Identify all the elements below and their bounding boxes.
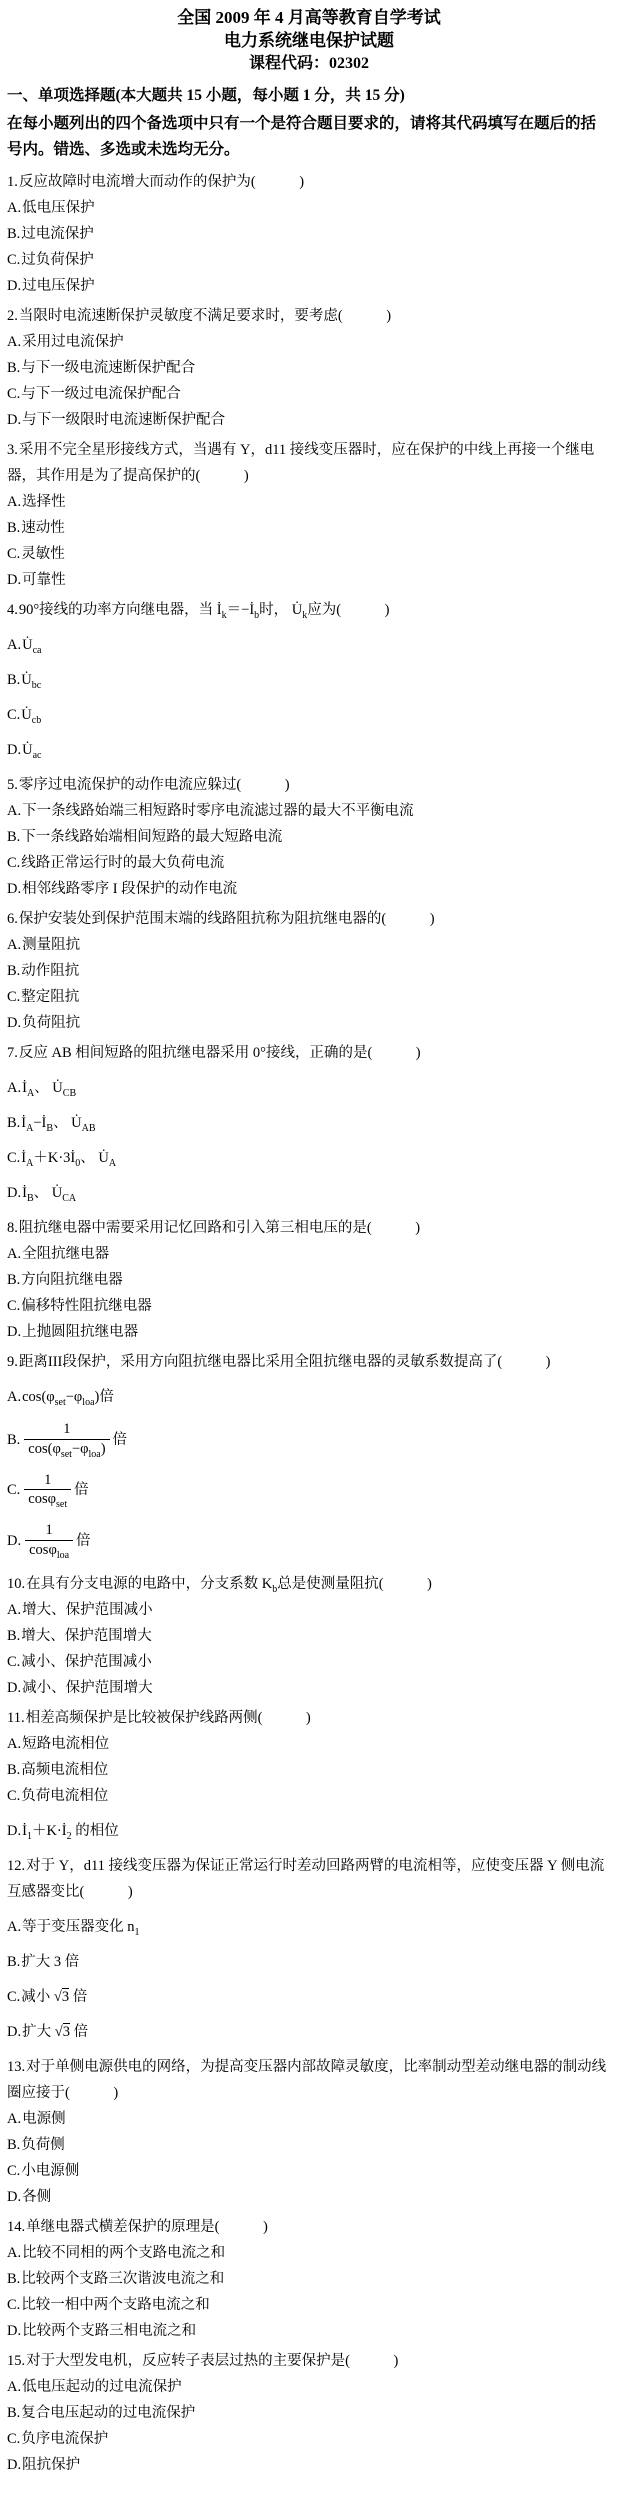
question-number: 14.	[7, 2219, 26, 2235]
option-text: 1cosφset倍	[21, 1482, 88, 1498]
option-label: B.	[7, 672, 21, 688]
exam-header: 全国 2009 年 4 月高等教育自学考试 电力系统继电保护试题 课程代码：02…	[7, 6, 611, 75]
option-label: B.	[7, 1628, 21, 1644]
question-number: 7.	[7, 1045, 19, 1061]
option-label: D.	[7, 412, 22, 428]
option-row: B.扩大 3 倍	[7, 1949, 611, 1975]
option-row: B.1cos(φset−φloa)倍	[7, 1419, 611, 1462]
option-row: C.负序电流保护	[7, 2426, 611, 2452]
option-label: A.	[7, 2379, 22, 2395]
option-text: 比较不同相的两个支路电流之和	[22, 2245, 225, 2261]
option-row: A.İA、 U̇CB	[7, 1075, 611, 1101]
option-label: C.	[7, 989, 21, 1005]
question-stem: 14.单继电器式横差保护的原理是( )	[7, 2214, 611, 2240]
question-8: 8.阻抗继电器中需要采用记忆回路和引入第三相电压的是( )A.全阻抗继电器B.方…	[7, 1215, 611, 1345]
option-row: A.U̇ca	[7, 632, 611, 658]
option-label: D.	[7, 278, 22, 294]
question-stem: 3.采用不完全星形接线方式，当遇有 Y，d11 接线变压器时，应在保护的中线上再…	[7, 437, 611, 489]
question-9: 9.距离III段保护，采用方向阻抗继电器比采用全阻抗继电器的灵敏系数提高了( )…	[7, 1349, 611, 1563]
option-text: 减小 √3 倍	[21, 1988, 87, 2005]
option-text: 可靠性	[22, 572, 66, 588]
option-row: D.可靠性	[7, 567, 611, 593]
question-number: 11.	[7, 1710, 26, 1726]
option-label: D.	[7, 572, 22, 588]
option-text: 扩大 √3 倍	[22, 2023, 88, 2040]
option-label: C.	[7, 2431, 21, 2447]
question-text: 阻抗继电器中需要采用记忆回路和引入第三相电压的是( )	[19, 1220, 420, 1236]
question-stem: 5.零序过电流保护的动作电流应躲过( )	[7, 772, 611, 798]
option-text: 增大、保护范围减小	[22, 1602, 153, 1618]
option-label: C.	[7, 2297, 21, 2313]
option-label: D.	[7, 2323, 22, 2339]
option-row: A.电源侧	[7, 2106, 611, 2132]
question-text: 单继电器式横差保护的原理是( )	[26, 2219, 268, 2235]
option-text: 采用过电流保护	[22, 334, 124, 350]
option-row: D.减小、保护范围增大	[7, 1675, 611, 1701]
option-text: 短路电流相位	[22, 1736, 109, 1752]
option-label: C.	[7, 855, 21, 871]
section-instructions: 在每小题列出的四个备选项中只有一个是符合题目要求的，请将其代码填写在题后的括号内…	[7, 111, 611, 163]
option-text: 过负荷保护	[21, 252, 94, 268]
option-row: C.U̇cb	[7, 702, 611, 728]
option-row: C.小电源侧	[7, 2158, 611, 2184]
option-label: A.	[7, 1602, 22, 1618]
option-text: 下一条线路始端相间短路的最大短路电流	[21, 829, 282, 845]
option-text: 复合电压起动的过电流保护	[21, 2405, 195, 2421]
question-text: 在具有分支电源的电路中，分支系数 Kb总是使测量阻抗( )	[26, 1576, 432, 1592]
option-label: A.	[7, 200, 22, 216]
question-stem: 12.对于 Y，d11 接线变压器为保证正常运行时差动回路两臂的电流相等，应使变…	[7, 1853, 611, 1905]
option-row: D.各侧	[7, 2184, 611, 2210]
option-text: 增大、保护范围增大	[21, 1628, 152, 1644]
option-label: D.	[7, 881, 22, 897]
option-row: A.低电压保护	[7, 195, 611, 221]
question-12: 12.对于 Y，d11 接线变压器为保证正常运行时差动回路两臂的电流相等，应使变…	[7, 1853, 611, 2045]
option-row: A.短路电流相位	[7, 1731, 611, 1757]
option-text: U̇ac	[22, 742, 41, 758]
question-10: 10.在具有分支电源的电路中，分支系数 Kb总是使测量阻抗( )A.增大、保护范…	[7, 1571, 611, 1701]
question-text: 反应故障时电流增大而动作的保护为( )	[19, 174, 304, 190]
option-text: 与下一级电流速断保护配合	[21, 360, 195, 376]
option-row: B.比较两个支路三次谐波电流之和	[7, 2266, 611, 2292]
question-text: 当限时电流速断保护灵敏度不满足要求时，要考虑( )	[19, 308, 391, 324]
option-row: D.阻抗保护	[7, 2452, 611, 2478]
question-text: 对于单侧电源供电的网络，为提高变压器内部故障灵敏度，比率制动型差动继电器的制动线…	[7, 2059, 606, 2101]
option-label: A.	[7, 803, 22, 819]
option-label: B.	[7, 1115, 21, 1131]
question-text: 对于 Y，d11 接线变压器为保证正常运行时差动回路两臂的电流相等，应使变压器 …	[7, 1858, 604, 1900]
option-text: 整定阻抗	[21, 989, 79, 1005]
option-label: B.	[7, 2137, 21, 2153]
option-label: B.	[7, 1272, 21, 1288]
option-label: B.	[7, 2271, 21, 2287]
option-text: İA−İB、 U̇AB	[21, 1115, 95, 1131]
option-row: C.1cosφset倍	[7, 1470, 611, 1513]
question-15: 15.对于大型发电机，反应转子表层过热的主要保护是( )A.低电压起动的过电流保…	[7, 2348, 611, 2478]
question-text: 零序过电流保护的动作电流应躲过( )	[19, 777, 290, 793]
question-14: 14.单继电器式横差保护的原理是( )A.比较不同相的两个支路电流之和B.比较两…	[7, 2214, 611, 2344]
option-label: A.	[7, 494, 22, 510]
option-text: 灵敏性	[21, 546, 65, 562]
option-text: 与下一级限时电流速断保护配合	[22, 412, 225, 428]
option-row: C.İA＋K·3İ0、 U̇A	[7, 1145, 611, 1171]
question-2: 2.当限时电流速断保护灵敏度不满足要求时，要考虑( )A.采用过电流保护B.与下…	[7, 303, 611, 433]
option-label: A.	[7, 1080, 22, 1096]
option-text: 与下一级过电流保护配合	[21, 386, 181, 402]
option-label: B.	[7, 963, 21, 979]
option-label: B.	[7, 1954, 21, 1970]
option-row: D.比较两个支路三相电流之和	[7, 2318, 611, 2344]
option-text: İA＋K·3İ0、 U̇A	[21, 1150, 116, 1166]
option-row: C.比较一相中两个支路电流之和	[7, 2292, 611, 2318]
question-stem: 4.90°接线的功率方向继电器，当 İk＝−İb时， U̇k应为( )	[7, 597, 611, 623]
question-number: 2.	[7, 308, 19, 324]
option-label: C.	[7, 707, 21, 723]
option-label: A.	[7, 637, 22, 653]
option-row: B.İA−İB、 U̇AB	[7, 1110, 611, 1136]
option-row: A.等于变压器变化 n1	[7, 1914, 611, 1940]
option-label: D.	[7, 1324, 22, 1340]
option-label: D.	[7, 1533, 22, 1549]
option-label: A.	[7, 937, 22, 953]
fraction: 1cosφset	[24, 1472, 71, 1511]
option-text: 比较两个支路三相电流之和	[22, 2323, 196, 2339]
option-row: D.相邻线路零序 I 段保护的动作电流	[7, 876, 611, 902]
option-label: C.	[7, 1788, 21, 1804]
option-text: 低电压保护	[22, 200, 95, 216]
option-label: C.	[7, 1654, 21, 1670]
option-text: 减小、保护范围减小	[21, 1654, 152, 1670]
option-row: D.U̇ac	[7, 737, 611, 763]
option-row: C.与下一级过电流保护配合	[7, 381, 611, 407]
question-stem: 2.当限时电流速断保护灵敏度不满足要求时，要考虑( )	[7, 303, 611, 329]
option-text: cos(φset−φloa)倍	[22, 1389, 114, 1405]
question-stem: 15.对于大型发电机，反应转子表层过热的主要保护是( )	[7, 2348, 611, 2374]
option-row: B.与下一级电流速断保护配合	[7, 355, 611, 381]
question-stem: 6.保护安装处到保护范围末端的线路阻抗称为阻抗继电器的( )	[7, 906, 611, 932]
option-row: D.İ1＋K·İ2 的相位	[7, 1818, 611, 1844]
option-label: C.	[7, 546, 21, 562]
option-label: B.	[7, 520, 21, 536]
option-row: C.减小、保护范围减小	[7, 1649, 611, 1675]
option-text: U̇bc	[21, 672, 41, 688]
option-label: A.	[7, 2245, 22, 2261]
option-label: C.	[7, 1989, 21, 2005]
question-6: 6.保护安装处到保护范围末端的线路阻抗称为阻抗继电器的( )A.测量阻抗B.动作…	[7, 906, 611, 1036]
question-text: 距离III段保护，采用方向阻抗继电器比采用全阻抗继电器的灵敏系数提高了( )	[19, 1354, 551, 1370]
option-label: D.	[7, 1015, 22, 1031]
option-row: A.cos(φset−φloa)倍	[7, 1384, 611, 1410]
option-text: 高频电流相位	[21, 1762, 108, 1778]
option-label: B.	[7, 1432, 21, 1448]
option-text: 相邻线路零序 I 段保护的动作电流	[22, 881, 237, 897]
question-list: 1.反应故障时电流增大而动作的保护为( )A.低电压保护B.过电流保护C.过负荷…	[7, 169, 611, 2478]
option-row: A.测量阻抗	[7, 932, 611, 958]
option-row: D.扩大 √3 倍	[7, 2019, 611, 2045]
question-stem: 9.距离III段保护，采用方向阻抗继电器比采用全阻抗继电器的灵敏系数提高了( )	[7, 1349, 611, 1375]
option-text: 负荷侧	[21, 2137, 65, 2153]
option-row: C.整定阻抗	[7, 984, 611, 1010]
question-stem: 10.在具有分支电源的电路中，分支系数 Kb总是使测量阻抗( )	[7, 1571, 611, 1597]
question-stem: 13.对于单侧电源供电的网络，为提高变压器内部故障灵敏度，比率制动型差动继电器的…	[7, 2054, 611, 2106]
option-label: A.	[7, 334, 22, 350]
option-label: C.	[7, 1482, 21, 1498]
question-number: 8.	[7, 1220, 19, 1236]
option-label: D.	[7, 1680, 22, 1696]
question-number: 13.	[7, 2059, 26, 2075]
question-text: 对于大型发电机，反应转子表层过热的主要保护是( )	[26, 2353, 398, 2369]
fraction: 1cosφloa	[25, 1522, 73, 1561]
option-label: D.	[7, 1823, 22, 1839]
option-text: İA、 U̇CB	[22, 1080, 76, 1096]
question-number: 9.	[7, 1354, 19, 1370]
option-label: A.	[7, 2111, 22, 2127]
option-label: A.	[7, 1246, 22, 1262]
option-row: B.负荷侧	[7, 2132, 611, 2158]
option-text: 比较一相中两个支路电流之和	[21, 2297, 210, 2313]
option-label: D.	[7, 2457, 22, 2473]
question-5: 5.零序过电流保护的动作电流应躲过( )A.下一条线路始端三相短路时零序电流滤过…	[7, 772, 611, 902]
option-text: 小电源侧	[21, 2163, 79, 2179]
option-row: B.U̇bc	[7, 667, 611, 693]
option-text: 测量阻抗	[22, 937, 80, 953]
option-row: B.复合电压起动的过电流保护	[7, 2400, 611, 2426]
option-label: A.	[7, 1919, 22, 1935]
question-number: 10.	[7, 1576, 26, 1592]
option-row: C.灵敏性	[7, 541, 611, 567]
option-text: 1cos(φset−φloa)倍	[21, 1432, 127, 1448]
option-row: B.方向阻抗继电器	[7, 1267, 611, 1293]
exam-title-line1: 全国 2009 年 4 月高等教育自学考试	[7, 6, 611, 29]
option-row: B.增大、保护范围增大	[7, 1623, 611, 1649]
option-label: B.	[7, 829, 21, 845]
question-1: 1.反应故障时电流增大而动作的保护为( )A.低电压保护B.过电流保护C.过负荷…	[7, 169, 611, 299]
option-row: B.过电流保护	[7, 221, 611, 247]
option-label: C.	[7, 252, 21, 268]
option-row: C.负荷电流相位	[7, 1783, 611, 1809]
question-7: 7.反应 AB 相间短路的阻抗继电器采用 0°接线，正确的是( )A.İA、 U…	[7, 1040, 611, 1206]
option-text: U̇ca	[22, 637, 41, 653]
option-text: 等于变压器变化 n1	[22, 1919, 139, 1935]
option-label: B.	[7, 1762, 21, 1778]
question-number: 3.	[7, 442, 19, 458]
option-text: 阻抗保护	[22, 2457, 80, 2473]
question-number: 15.	[7, 2353, 26, 2369]
option-text: 负荷阻抗	[22, 1015, 80, 1031]
option-label: D.	[7, 2189, 22, 2205]
option-row: B.下一条线路始端相间短路的最大短路电流	[7, 824, 611, 850]
option-label: D.	[7, 742, 22, 758]
option-text: 过电流保护	[21, 226, 94, 242]
option-row: D.1cosφloa倍	[7, 1520, 611, 1563]
option-row: B.动作阻抗	[7, 958, 611, 984]
option-row: D.与下一级限时电流速断保护配合	[7, 407, 611, 433]
option-row: A.比较不同相的两个支路电流之和	[7, 2240, 611, 2266]
question-number: 6.	[7, 911, 19, 927]
question-text: 反应 AB 相间短路的阻抗继电器采用 0°接线，正确的是( )	[19, 1045, 421, 1061]
question-3: 3.采用不完全星形接线方式，当遇有 Y，d11 接线变压器时，应在保护的中线上再…	[7, 437, 611, 593]
option-row: A.增大、保护范围减小	[7, 1597, 611, 1623]
option-row: D.过电压保护	[7, 273, 611, 299]
exam-title-line2: 电力系统继电保护试题	[7, 29, 611, 52]
option-text: İ1＋K·İ2 的相位	[22, 1823, 119, 1839]
option-label: C.	[7, 1298, 21, 1314]
question-11: 11.相差高频保护是比较被保护线路两侧( )A.短路电流相位B.高频电流相位C.…	[7, 1705, 611, 1844]
option-row: D.负荷阻抗	[7, 1010, 611, 1036]
question-text: 采用不完全星形接线方式，当遇有 Y，d11 接线变压器时，应在保护的中线上再接一…	[7, 442, 594, 484]
option-row: B.高频电流相位	[7, 1757, 611, 1783]
option-text: 下一条线路始端三相短路时零序电流滤过器的最大不平衡电流	[22, 803, 414, 819]
option-row: A.采用过电流保护	[7, 329, 611, 355]
option-text: U̇cb	[21, 707, 41, 723]
option-text: 动作阻抗	[21, 963, 79, 979]
option-row: D.İB、 U̇CA	[7, 1180, 611, 1206]
option-text: 电源侧	[22, 2111, 66, 2127]
option-text: 过电压保护	[22, 278, 95, 294]
option-text: 减小、保护范围增大	[22, 1680, 153, 1696]
option-text: 上抛圆阻抗继电器	[22, 1324, 138, 1340]
option-label: C.	[7, 1150, 21, 1166]
course-code-line: 课程代码：02302	[7, 52, 611, 75]
option-text: 选择性	[22, 494, 66, 510]
option-row: C.过负荷保护	[7, 247, 611, 273]
option-label: D.	[7, 2024, 22, 2040]
question-4: 4.90°接线的功率方向继电器，当 İk＝−İb时， U̇k应为( )A.U̇c…	[7, 597, 611, 763]
option-text: 比较两个支路三次谐波电流之和	[21, 2271, 224, 2287]
option-text: 方向阻抗继电器	[21, 1272, 123, 1288]
option-row: B.速动性	[7, 515, 611, 541]
option-label: B.	[7, 226, 21, 242]
option-text: 线路正常运行时的最大负荷电流	[21, 855, 224, 871]
option-label: B.	[7, 360, 21, 376]
option-text: 1cosφloa倍	[22, 1533, 90, 1549]
option-text: 速动性	[21, 520, 65, 536]
question-stem: 11.相差高频保护是比较被保护线路两侧( )	[7, 1705, 611, 1731]
question-number: 5.	[7, 777, 19, 793]
option-text: 扩大 3 倍	[21, 1954, 79, 1970]
option-row: A.选择性	[7, 489, 611, 515]
option-row: A.低电压起动的过电流保护	[7, 2374, 611, 2400]
question-stem: 1.反应故障时电流增大而动作的保护为( )	[7, 169, 611, 195]
question-text: 保护安装处到保护范围末端的线路阻抗称为阻抗继电器的( )	[19, 911, 435, 927]
option-row: C.偏移特性阻抗继电器	[7, 1293, 611, 1319]
option-text: 负序电流保护	[21, 2431, 108, 2447]
option-label: A.	[7, 1736, 22, 1752]
option-row: A.下一条线路始端三相短路时零序电流滤过器的最大不平衡电流	[7, 798, 611, 824]
option-text: 低电压起动的过电流保护	[22, 2379, 182, 2395]
option-text: 负荷电流相位	[21, 1788, 108, 1804]
option-row: C.减小 √3 倍	[7, 1984, 611, 2010]
question-number: 4.	[7, 602, 19, 618]
option-label: C.	[7, 2163, 21, 2179]
question-text: 90°接线的功率方向继电器，当 İk＝−İb时， U̇k应为( )	[19, 602, 390, 618]
option-label: A.	[7, 1389, 22, 1405]
option-row: C.线路正常运行时的最大负荷电流	[7, 850, 611, 876]
section-title: 一、单项选择题(本大题共 15 小题，每小题 1 分，共 15 分)	[7, 83, 611, 109]
question-number: 1.	[7, 174, 19, 190]
option-label: B.	[7, 2405, 21, 2421]
question-stem: 8.阻抗继电器中需要采用记忆回路和引入第三相电压的是( )	[7, 1215, 611, 1241]
question-text: 相差高频保护是比较被保护线路两侧( )	[26, 1710, 311, 1726]
option-text: 全阻抗继电器	[22, 1246, 109, 1262]
question-13: 13.对于单侧电源供电的网络，为提高变压器内部故障灵敏度，比率制动型差动继电器的…	[7, 2054, 611, 2210]
option-row: A.全阻抗继电器	[7, 1241, 611, 1267]
option-text: 各侧	[22, 2189, 51, 2205]
option-label: C.	[7, 386, 21, 402]
option-label: D.	[7, 1185, 22, 1201]
option-text: İB、 U̇CA	[22, 1185, 76, 1201]
exam-paper-page: 全国 2009 年 4 月高等教育自学考试 电力系统继电保护试题 课程代码：02…	[0, 0, 623, 2502]
option-row: D.上抛圆阻抗继电器	[7, 1319, 611, 1345]
question-number: 12.	[7, 1858, 26, 1874]
fraction: 1cos(φset−φloa)	[24, 1421, 109, 1460]
option-text: 偏移特性阻抗继电器	[21, 1298, 152, 1314]
question-stem: 7.反应 AB 相间短路的阻抗继电器采用 0°接线，正确的是( )	[7, 1040, 611, 1066]
